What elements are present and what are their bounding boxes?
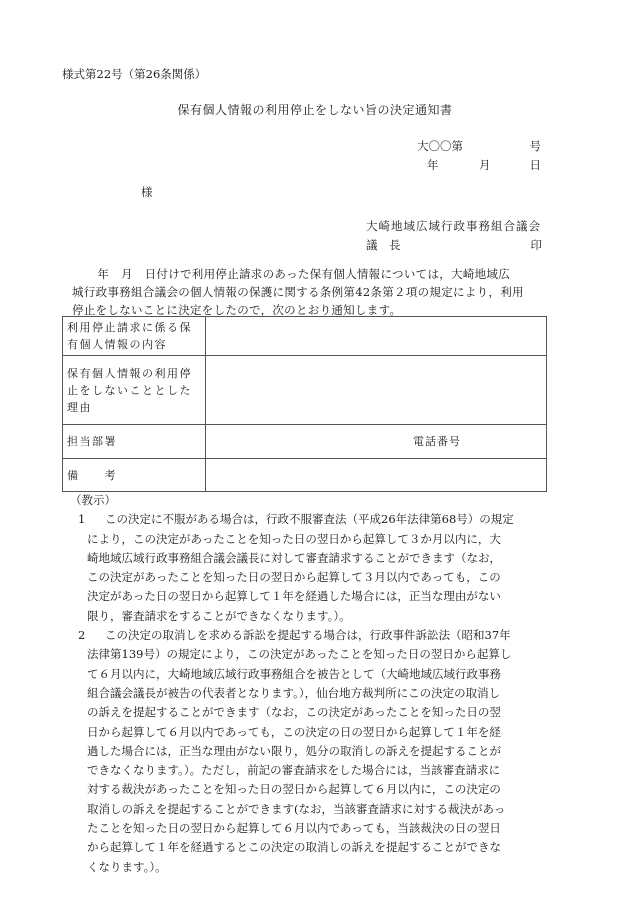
table-value-cell xyxy=(206,459,547,492)
instruction-line: 法律第139号）の規定により，この決定があったことを知った日の翌日から起算し xyxy=(70,645,560,664)
table-label-cell: 利用停止請求に係る保 有個人情報の内容 xyxy=(63,317,206,356)
instruction-text: この決定に不服がある場合は，行政不服審査法（平成26年法律第68号）の規定 xyxy=(105,512,514,526)
instruction-line: から起算して１年を経過するとこの決定の取消しの訴えを提起することができな xyxy=(70,838,560,857)
label-line: 有個人情報の内容 xyxy=(67,336,201,353)
body-line: 城行政事務組合議会の個人情報の保護に関する条例第42条第２項の規定により，利用 xyxy=(62,283,554,301)
instruction-line: 日から起算して６月以内であっても，この決定の日の翌日から起算して１年を経 xyxy=(70,723,560,742)
instruction-line: 限り，審査請求をすることができなくなります。）。 xyxy=(70,607,560,626)
instruction-line: 組合議会議長が被告の代表者となります。），仙台地方裁判所にこの決定の取消し xyxy=(70,684,560,703)
table-row: 利用停止請求に係る保 有個人情報の内容 xyxy=(63,317,547,356)
instructions-heading: （教示） xyxy=(70,491,560,510)
body-line: 年 月 日付けで利用停止請求のあった保有個人情報については，大崎地域広 xyxy=(62,265,554,283)
table-value-cell xyxy=(206,356,547,425)
sender-organization: 大崎地域広域行政事務組合議会 xyxy=(366,218,541,234)
label-line: 保有個人情報の利用停 xyxy=(67,365,201,382)
addressee-honorific: 様 xyxy=(141,184,153,200)
table-row: 備 考 xyxy=(63,459,547,492)
document-title: 保有個人情報の利用停止をしない旨の決定通知書 xyxy=(0,101,630,118)
instruction-text: この決定の取消しを求める訴訟を提起する場合は，行政事件訴訟法（昭和37年 xyxy=(105,628,511,642)
instruction-line: 崎地域広域行政事務組合議会議長に対して審査請求することができます（なお， xyxy=(70,549,560,568)
day-label: 日 xyxy=(530,157,542,173)
label-line: 止をしないこととした xyxy=(67,382,201,399)
notice-body: 年 月 日付けで利用停止請求のあった保有個人情報については，大崎地域広 城行政事… xyxy=(62,265,554,319)
year-label: 年 xyxy=(427,157,439,173)
instruction-line: 過した場合には，正当な理由がない限り，処分の取消しの訴えを提起することが xyxy=(70,742,560,761)
table-row: 保有個人情報の利用停 止をしないこととした 理由 xyxy=(63,356,547,425)
seal-mark: 印 xyxy=(531,237,543,253)
instruction-line: 取消しの訴えを提起することができます(なお，当該審査請求に対する裁決があっ xyxy=(70,800,560,819)
reference-prefix: 大〇〇第 xyxy=(417,138,463,154)
label-line: 利用停止請求に係る保 xyxy=(67,319,201,336)
instruction-line: できなくなります。）。ただし，前記の審査請求をした場合には，当該審査請求に xyxy=(70,761,560,780)
notice-table: 利用停止請求に係る保 有個人情報の内容 保有個人情報の利用停 止をしないこととし… xyxy=(62,316,547,492)
instruction-number: 1 xyxy=(70,510,105,529)
form-number: 様式第22号（第26条関係） xyxy=(62,66,206,82)
instruction-line: により，この決定があったことを知った日の翌日から起算して３か月以内に，大 xyxy=(70,530,560,549)
month-label: 月 xyxy=(479,157,491,173)
label-line: 理由 xyxy=(67,399,201,416)
instructions: （教示） 1この決定に不服がある場合は，行政不服審査法（平成26年法律第68号）… xyxy=(70,491,560,877)
phone-label: 電話番号 xyxy=(413,435,461,448)
instruction-number: 2 xyxy=(70,626,105,645)
instruction-line: 決定があった日の翌日から起算して１年を経過した場合には，正当な理由がない xyxy=(70,587,560,606)
table-value-cell xyxy=(206,317,547,356)
table-label-cell: 備 考 xyxy=(63,459,206,492)
table-label-cell: 担当部署 xyxy=(63,425,206,459)
table-row: 担当部署 電話番号 xyxy=(63,425,547,459)
instruction-line: くなります。）。 xyxy=(70,858,560,877)
instruction-line: 2この決定の取消しを求める訴訟を提起する場合は，行政事件訴訟法（昭和37年 xyxy=(70,626,560,645)
reference-suffix: 号 xyxy=(530,138,542,154)
instruction-line: て６月以内に，大崎地域広域行政事務組合を被告として（大崎地域広域行政事務 xyxy=(70,665,560,684)
instruction-line: たことを知った日の翌日から起算して６月以内であっても，当該裁決の日の翌日 xyxy=(70,819,560,838)
sender-title: 議 長 xyxy=(366,237,401,253)
instruction-line: この決定があったことを知った日の翌日から起算して３月以内であっても，この xyxy=(70,568,560,587)
instruction-line: 1この決定に不服がある場合は，行政不服審査法（平成26年法律第68号）の規定 xyxy=(70,510,560,529)
table-value-cell: 電話番号 xyxy=(206,425,547,459)
instruction-line: の訴えを提起することができます（なお，この決定があったことを知った日の翌 xyxy=(70,703,560,722)
table-label-cell: 保有個人情報の利用停 止をしないこととした 理由 xyxy=(63,356,206,425)
instruction-line: 対する裁決があったことを知った日の翌日から起算して６月以内に，この決定の xyxy=(70,780,560,799)
